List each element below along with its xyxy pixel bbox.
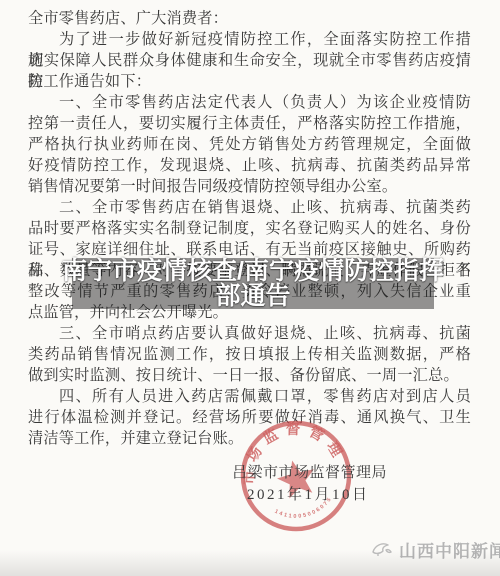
issuing-agency: 吕梁市市场监督管理局 (232, 461, 387, 482)
caption-title-line1: 南宁市疫情核查/南宁疫情防控指挥 (62, 259, 444, 284)
issue-date: 2021年1月10日 (247, 483, 370, 504)
document-photo: 全市零售药店、广大消费者：为了进一步做好新冠疫情防控工作，全面落实防控工作措施，… (0, 0, 500, 576)
document-line: 类药品销售情况监测工作，按日填报上传相关监测数据，严格 (28, 344, 471, 365)
document-line: 好疫情防控工作，发现退烧、止咳、抗病毒、抗菌类药品异常 (28, 155, 471, 176)
document-line: 清洁等工作，并建立登记台账。 (28, 428, 471, 449)
document-line: 切实保障人民群众身体健康和生命安全，现就全市零售药店疫情防 (28, 50, 471, 71)
document-line: 品时要严格落实实名制登记制度，实名登记购买人的姓名、身份 (28, 218, 471, 239)
watermark: 山西中阳新闻 (370, 538, 500, 560)
document-body: 全市零售药店、广大消费者：为了进一步做好新冠疫情防控工作，全面落实防控工作措施，… (28, 8, 471, 449)
document-line: 控工作通告如下： (28, 71, 471, 92)
document-line: 控第一责任人，要切实履行主体责任，严格落实防控工作措施， (28, 113, 471, 134)
watermark-text: 山西中阳新闻 (399, 537, 500, 562)
caption-title-line2: 部通告 (215, 284, 290, 309)
caption-title: 南宁市疫情核查/南宁疫情防控指挥 部通告 (60, 256, 446, 312)
document-line: 四、所有人员进入药店需佩戴口罩，零售药店对到店人员 (28, 386, 471, 407)
document-line: 为了进一步做好新冠疫情防控工作，全面落实防控工作措施， (28, 29, 471, 50)
news-logo-icon (370, 539, 394, 559)
document-line: 进行体温检测并登记。经营场所要做好消毒、通风换气、卫生 (28, 407, 471, 428)
document-line: 一、全市零售药店法定代表人（负责人）为该企业疫情防 (28, 92, 471, 113)
document-line: 严格执行执业药师在岗、凭处方销售处方药管理规定，全面做 (28, 134, 471, 155)
document-line: 三、全市哨点药店要认真做好退烧、止咳、抗病毒、抗菌 (28, 323, 471, 344)
document-line: 做到实时监测、按日统计、一日一报、备份留底、一周一汇总。 (28, 365, 471, 386)
document-line: 全市零售药店、广大消费者： (28, 8, 471, 29)
document-line: 二、全市零售药店在销售退烧、止咳、抗病毒、抗菌类药 (28, 197, 471, 218)
document-line: 销售情况要第一时间报告同级疫情防控领导组办公室。 (28, 176, 471, 197)
